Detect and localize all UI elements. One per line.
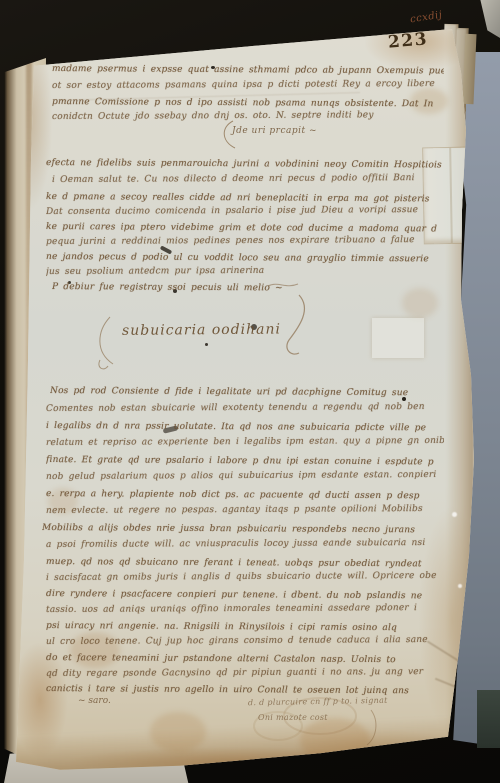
closing-note: ~ saro.	[78, 696, 111, 706]
section-heading: subuicaria oodihani	[122, 321, 322, 339]
folio-number: 223	[387, 29, 429, 52]
signature-line: Oni mazote cost	[258, 713, 328, 722]
pen-flourishes	[0, 0, 500, 783]
manuscript-photo: ccxdij 223 madame psermus i expsse quat …	[0, 0, 500, 783]
centered-note: Jde uri prcapit ~	[232, 126, 372, 136]
